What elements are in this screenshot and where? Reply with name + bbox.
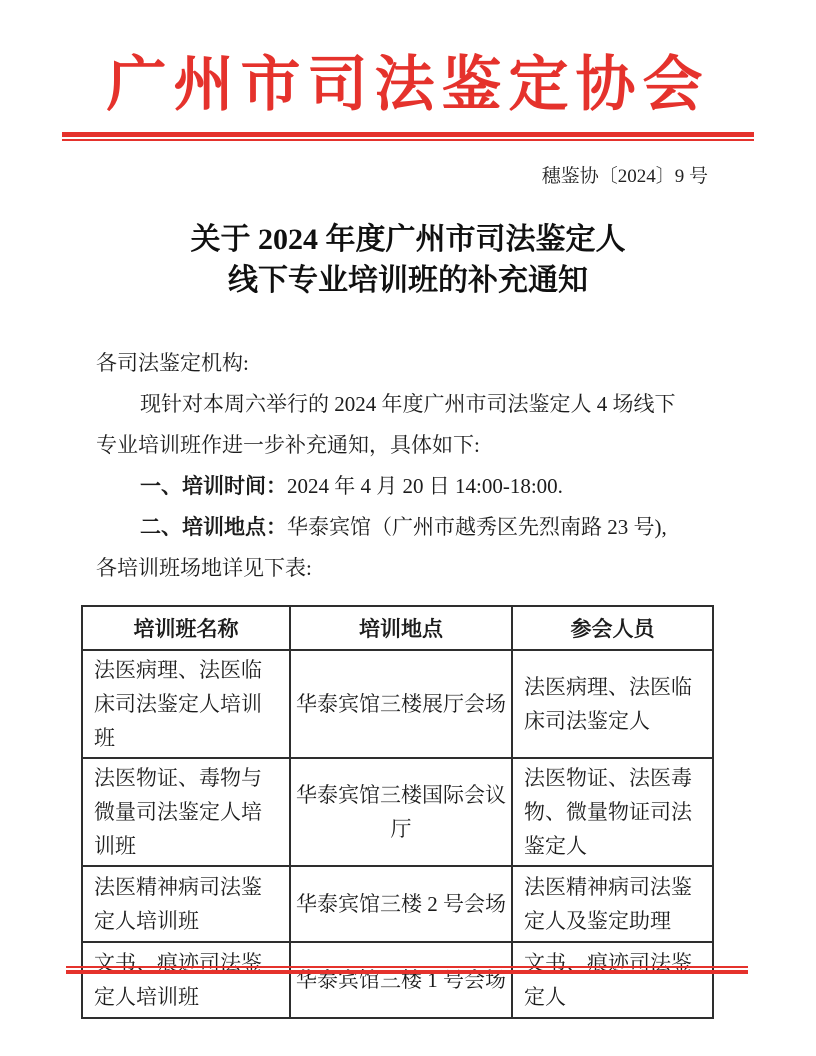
cell-location: 华泰宾馆三楼国际会议厅 [290, 758, 512, 866]
table-row: 法医病理、法医临床司法鉴定人培训班 华泰宾馆三楼展厅会场 法医病理、法医临床司法… [82, 650, 713, 758]
item2-text: 华泰宾馆（广州市越秀区先烈南路 23 号), [287, 515, 667, 539]
doc-number: 穗鉴协〔2024〕9 号 [0, 165, 708, 189]
item-training-place-continued: 各培训班场地详见下表: [96, 548, 722, 589]
item-training-time: 一、培训时间：2024 年 4 月 20 日 14:00-18:00. [96, 466, 722, 507]
table-row: 文书、痕迹司法鉴定人培训班 华泰宾馆三楼 1 号会场 文书、痕迹司法鉴定人 [82, 942, 713, 1018]
intro-line-1: 现针对本周六举行的 2024 年度广州市司法鉴定人 4 场线下 [96, 384, 722, 425]
notice-title-line1: 关于 2024 年度广州市司法鉴定人 [191, 223, 626, 256]
col-header-participants: 参会人员 [512, 606, 713, 650]
item1-text: 2024 年 4 月 20 日 14:00-18:00. [287, 474, 563, 498]
cell-location: 华泰宾馆三楼 1 号会场 [290, 942, 512, 1018]
item2-label: 二、培训地点： [140, 516, 287, 539]
table-header-row: 培训班名称 培训地点 参会人员 [82, 606, 713, 650]
cell-participants: 法医物证、法医毒物、微量物证司法鉴定人 [512, 758, 713, 866]
cell-class-name: 法医精神病司法鉴定人培训班 [82, 866, 290, 942]
notice-title-line2: 线下专业培训班的补充通知 [228, 264, 588, 297]
cell-participants: 法医病理、法医临床司法鉴定人 [512, 650, 713, 758]
footer-rule [66, 966, 748, 974]
training-table: 培训班名称 培训地点 参会人员 法医病理、法医临床司法鉴定人培训班 华泰宾馆三楼… [81, 605, 714, 1019]
notice-body: 各司法鉴定机构: 现针对本周六举行的 2024 年度广州市司法鉴定人 4 场线下… [96, 343, 722, 589]
table-row: 法医精神病司法鉴定人培训班 华泰宾馆三楼 2 号会场 法医精神病司法鉴定人及鉴定… [82, 866, 713, 942]
intro-line-2: 专业培训班作进一步补充通知，具体如下: [96, 425, 722, 466]
cell-class-name: 法医病理、法医临床司法鉴定人培训班 [82, 650, 290, 758]
salutation: 各司法鉴定机构: [96, 343, 722, 384]
cell-location: 华泰宾馆三楼展厅会场 [290, 650, 512, 758]
item1-label: 一、培训时间： [140, 475, 287, 498]
table-row: 法医物证、毒物与微量司法鉴定人培训班 华泰宾馆三楼国际会议厅 法医物证、法医毒物… [82, 758, 713, 866]
col-header-class-name: 培训班名称 [82, 606, 290, 650]
cell-location: 华泰宾馆三楼 2 号会场 [290, 866, 512, 942]
document-page: 广州市司法鉴定协会 穗鉴协〔2024〕9 号 关于 2024 年度广州市司法鉴定… [0, 0, 816, 1056]
cell-class-name: 文书、痕迹司法鉴定人培训班 [82, 942, 290, 1018]
org-name: 广州市司法鉴定协会 [60, 46, 756, 124]
notice-title: 关于 2024 年度广州市司法鉴定人 线下专业培训班的补充通知 [0, 219, 816, 301]
header-rule [62, 132, 754, 141]
col-header-location: 培训地点 [290, 606, 512, 650]
training-table-container: 培训班名称 培训地点 参会人员 法医病理、法医临床司法鉴定人培训班 华泰宾馆三楼… [81, 605, 816, 1019]
item-training-place: 二、培训地点：华泰宾馆（广州市越秀区先烈南路 23 号), [96, 507, 722, 548]
cell-class-name: 法医物证、毒物与微量司法鉴定人培训班 [82, 758, 290, 866]
cell-participants: 法医精神病司法鉴定人及鉴定助理 [512, 866, 713, 942]
cell-participants: 文书、痕迹司法鉴定人 [512, 942, 713, 1018]
